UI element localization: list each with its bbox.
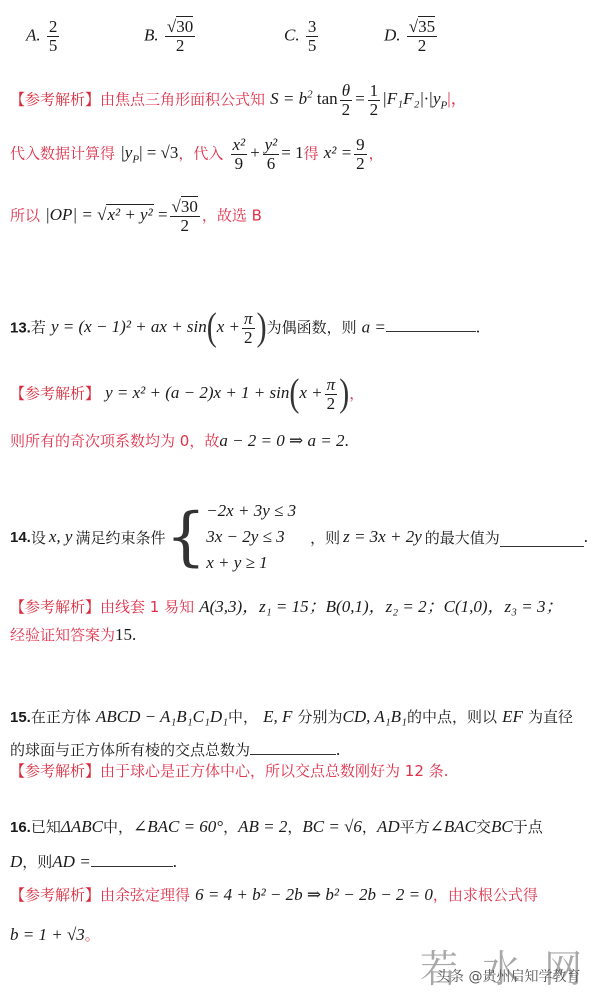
q14-analysis-line2: 经验证知答案为15. bbox=[10, 624, 136, 645]
formula: y = (x − 1)² + ax + sin bbox=[51, 317, 207, 336]
formula: ΔABC bbox=[61, 817, 103, 836]
question-text: 于点 bbox=[513, 818, 543, 836]
q16-analysis-line2: b = 1 + √3。 bbox=[10, 924, 100, 945]
formula: A(3,3)，z₁ = 15；B(0,1)，z₂ = 2；C(1,0)，z₃ =… bbox=[199, 597, 562, 616]
punct: . bbox=[336, 740, 340, 759]
analysis-tag: 【参考解析】 bbox=[10, 90, 100, 108]
question-text: 的最大值为 bbox=[425, 527, 500, 548]
answer-blank[interactable] bbox=[250, 738, 336, 755]
q15-analysis: 【参考解析】由于球心是正方体中心，所以交点总数刚好为 12 条. bbox=[10, 760, 448, 781]
question-16-line1: 16.已知ΔABC中，∠BAC = 60°，AB = 2，BC = √6，AD平… bbox=[10, 816, 543, 837]
q13-analysis-line2: 则所有的奇次项系数均为 0，故a − 2 = 0 ⇒ a = 2. bbox=[10, 430, 349, 451]
answer-value: 15. bbox=[115, 625, 136, 644]
denominator: 9 bbox=[233, 155, 246, 173]
question-13: 13.若 y = (x − 1)² + ax + sin(x +π2)为偶函数，… bbox=[10, 310, 480, 347]
formula: AB = 2 bbox=[238, 817, 287, 836]
option-label: C. bbox=[284, 25, 300, 44]
constraint: 3x − 2y ≤ 3 bbox=[206, 524, 296, 550]
numerator: x² bbox=[231, 136, 248, 155]
analysis-tag: 【参考解析】 bbox=[10, 598, 100, 616]
formula: x + bbox=[299, 383, 322, 402]
option-b: B. √302 bbox=[144, 18, 197, 55]
punct: ， bbox=[362, 818, 377, 836]
radicand: x² + y² bbox=[106, 204, 153, 224]
denominator: 2 bbox=[178, 217, 191, 235]
formula: z = 3x + 2y bbox=[343, 527, 422, 547]
analysis-text: 由焦点三角形面积公式知 bbox=[100, 90, 265, 108]
formula: ABCD − A₁B₁C₁D₁ bbox=[96, 707, 228, 726]
formula: b = 1 + √3 bbox=[10, 925, 85, 944]
analysis-text: 所以 bbox=[10, 206, 40, 224]
formula: x + bbox=[217, 317, 240, 336]
numerator: π bbox=[242, 310, 255, 329]
q12-analysis-line1: 【参考解析】由焦点三角形面积公式知 S = b2 tanθ2=12|F₁F₂|·… bbox=[10, 82, 468, 119]
q14-analysis-line1: 【参考解析】由线套 1 易知 A(3,3)，z₁ = 15；B(0,1)，z₂ … bbox=[10, 592, 563, 617]
numerator: π bbox=[325, 376, 338, 395]
denominator: 2 bbox=[368, 101, 381, 119]
punct: . bbox=[584, 527, 588, 547]
option-label: D. bbox=[384, 25, 401, 44]
numerator: 9 bbox=[354, 136, 367, 155]
denominator: 2 bbox=[416, 37, 429, 55]
formula: tan bbox=[317, 89, 338, 108]
analysis-text: 则所有的奇次项系数均为 0，故 bbox=[10, 432, 219, 450]
question-number: 14. bbox=[10, 529, 31, 546]
denominator: 6 bbox=[265, 155, 278, 173]
denominator: 2 bbox=[242, 329, 255, 347]
punct: ， bbox=[349, 384, 364, 402]
numerator: y² bbox=[263, 136, 280, 155]
question-14: 14.设 x, y 满足约束条件 { −2x + 3y ≤ 3 3x − 2y … bbox=[10, 498, 588, 576]
analysis-text: ，代入 bbox=[178, 144, 223, 162]
punct: . bbox=[345, 431, 349, 450]
formula: x, y bbox=[49, 527, 73, 547]
formula: AD bbox=[377, 817, 400, 836]
analysis-text: 由余弦定理得 bbox=[100, 886, 190, 904]
analysis-text: 经验证知答案为 bbox=[10, 626, 115, 644]
formula: a − 2 = 0 ⇒ a = 2 bbox=[219, 431, 344, 450]
denominator: 2 bbox=[354, 155, 367, 173]
watermark-credit: 头条 @贵州启知学教育 bbox=[436, 966, 580, 986]
question-number: 15. bbox=[10, 709, 31, 726]
formula: BC = √6 bbox=[302, 817, 362, 836]
q13-analysis-line1: 【参考解析】 y = x² + (a − 2)x + 1 + sin(x +π2… bbox=[10, 376, 364, 413]
question-16-line2: D，则AD =. bbox=[10, 850, 177, 872]
denominator: 5 bbox=[47, 37, 60, 55]
question-text: 若 bbox=[31, 318, 46, 336]
formula: y = x² + (a − 2)x + 1 + sin bbox=[105, 383, 289, 402]
option-a: A. 25 bbox=[26, 18, 61, 55]
punct: ， bbox=[369, 144, 384, 162]
question-text: 中， bbox=[228, 708, 258, 726]
analysis-tag: 【参考解析】 bbox=[10, 886, 100, 904]
q12-analysis-line3: 所以 |OP| = √x² + y² =√302，故选 B bbox=[10, 198, 262, 235]
formula: EF bbox=[502, 707, 523, 726]
punct: ， bbox=[287, 818, 302, 836]
analysis-text: 由于球心是正方体中心，所以交点总数刚好为 12 条. bbox=[100, 762, 448, 780]
analysis-tag: 【参考解析】 bbox=[10, 762, 100, 780]
formula: BC bbox=[491, 817, 513, 836]
denominator: 5 bbox=[306, 37, 319, 55]
formula: ∠BAC = 60° bbox=[133, 817, 223, 836]
formula: E, F bbox=[263, 707, 292, 726]
question-text: ，则 bbox=[22, 853, 52, 871]
formula: S = b bbox=[270, 89, 307, 108]
analysis-text: ，故选 B bbox=[202, 206, 262, 224]
question-text: ，则 bbox=[310, 527, 340, 548]
option-c: C. 35 bbox=[284, 18, 320, 55]
formula: | = √3 bbox=[139, 143, 178, 162]
option-label: A. bbox=[26, 25, 41, 44]
q16-analysis-line1: 【参考解析】由余弦定理得 6 = 4 + b² − 2b ⇒ b² − 2b −… bbox=[10, 884, 538, 905]
question-text: 平方 bbox=[400, 818, 430, 836]
q12-analysis-line2: 代入数据计算得 |yP| = √3，代入 x²9+y²6= 1得 x² =92， bbox=[10, 136, 384, 173]
question-number: 13. bbox=[10, 319, 31, 336]
question-text: 为偶函数，则 bbox=[267, 318, 357, 336]
question-15-line1: 15.在正方体 ABCD − A₁B₁C₁D₁中， E, F 分别为CD, A₁… bbox=[10, 706, 573, 727]
formula: = bbox=[158, 205, 168, 224]
constraint: −2x + 3y ≤ 3 bbox=[206, 498, 296, 524]
analysis-tag: 【参考解析】 bbox=[10, 384, 100, 402]
question-text: 在正方体 bbox=[31, 708, 91, 726]
numerator: 35 bbox=[418, 16, 435, 36]
question-text: 设 bbox=[31, 527, 46, 548]
question-text: 分别为 bbox=[298, 708, 343, 726]
analysis-text: 由线套 1 易知 bbox=[100, 598, 194, 616]
punct: . bbox=[476, 317, 480, 336]
formula: |F₁F₂|·|y bbox=[382, 89, 440, 108]
denominator: 2 bbox=[340, 101, 353, 119]
numerator: 3 bbox=[306, 18, 319, 37]
formula: D bbox=[10, 852, 22, 871]
brace: { bbox=[165, 505, 206, 569]
formula: ∠BAC bbox=[430, 817, 476, 836]
formula: 6 = 4 + b² − 2b ⇒ b² − 2b − 2 = 0 bbox=[195, 885, 433, 904]
constraint: x + y ≥ 1 bbox=[206, 550, 296, 576]
formula: a = bbox=[362, 317, 386, 336]
option-d: D. √352 bbox=[384, 18, 439, 55]
numerator: 2 bbox=[47, 18, 60, 37]
formula: AD = bbox=[52, 852, 90, 871]
analysis-text: ，由求根公式得 bbox=[433, 886, 538, 904]
question-text: 中， bbox=[103, 818, 133, 836]
numerator: 30 bbox=[176, 16, 193, 36]
formula: |OP| = bbox=[45, 205, 93, 224]
answer-blank[interactable] bbox=[91, 850, 173, 867]
punct: |， bbox=[447, 89, 467, 108]
question-15-line2: 的球面与正方体所有棱的交点总数为. bbox=[10, 738, 340, 760]
numerator: 30 bbox=[181, 196, 198, 216]
option-label: B. bbox=[144, 25, 159, 44]
answer-blank[interactable] bbox=[500, 528, 584, 547]
analysis-text: 代入数据计算得 bbox=[10, 144, 115, 162]
formula: = 1 bbox=[281, 143, 303, 162]
denominator: 2 bbox=[174, 37, 187, 55]
constraint-system: −2x + 3y ≤ 3 3x − 2y ≤ 3 x + y ≥ 1 bbox=[206, 498, 296, 576]
question-text: 满足约束条件 bbox=[75, 527, 165, 548]
question-text: 的球面与正方体所有棱的交点总数为 bbox=[10, 741, 250, 759]
analysis-text: 得 bbox=[304, 144, 319, 162]
question-text: 已知 bbox=[31, 818, 61, 836]
numerator: θ bbox=[340, 82, 352, 101]
question-text: 为直径 bbox=[528, 708, 573, 726]
punct: ， bbox=[223, 818, 238, 836]
answer-blank[interactable] bbox=[386, 331, 476, 332]
denominator: 2 bbox=[325, 395, 338, 413]
question-number: 16. bbox=[10, 819, 31, 836]
punct: . bbox=[173, 852, 177, 871]
numerator: 1 bbox=[368, 82, 381, 101]
punct: 。 bbox=[85, 926, 100, 944]
question-text: 的中点，则以 bbox=[407, 708, 497, 726]
formula: CD, A₁B₁ bbox=[343, 707, 407, 726]
formula: x² = bbox=[324, 143, 352, 162]
formula: |y bbox=[120, 143, 132, 162]
question-text: 交 bbox=[476, 818, 491, 836]
